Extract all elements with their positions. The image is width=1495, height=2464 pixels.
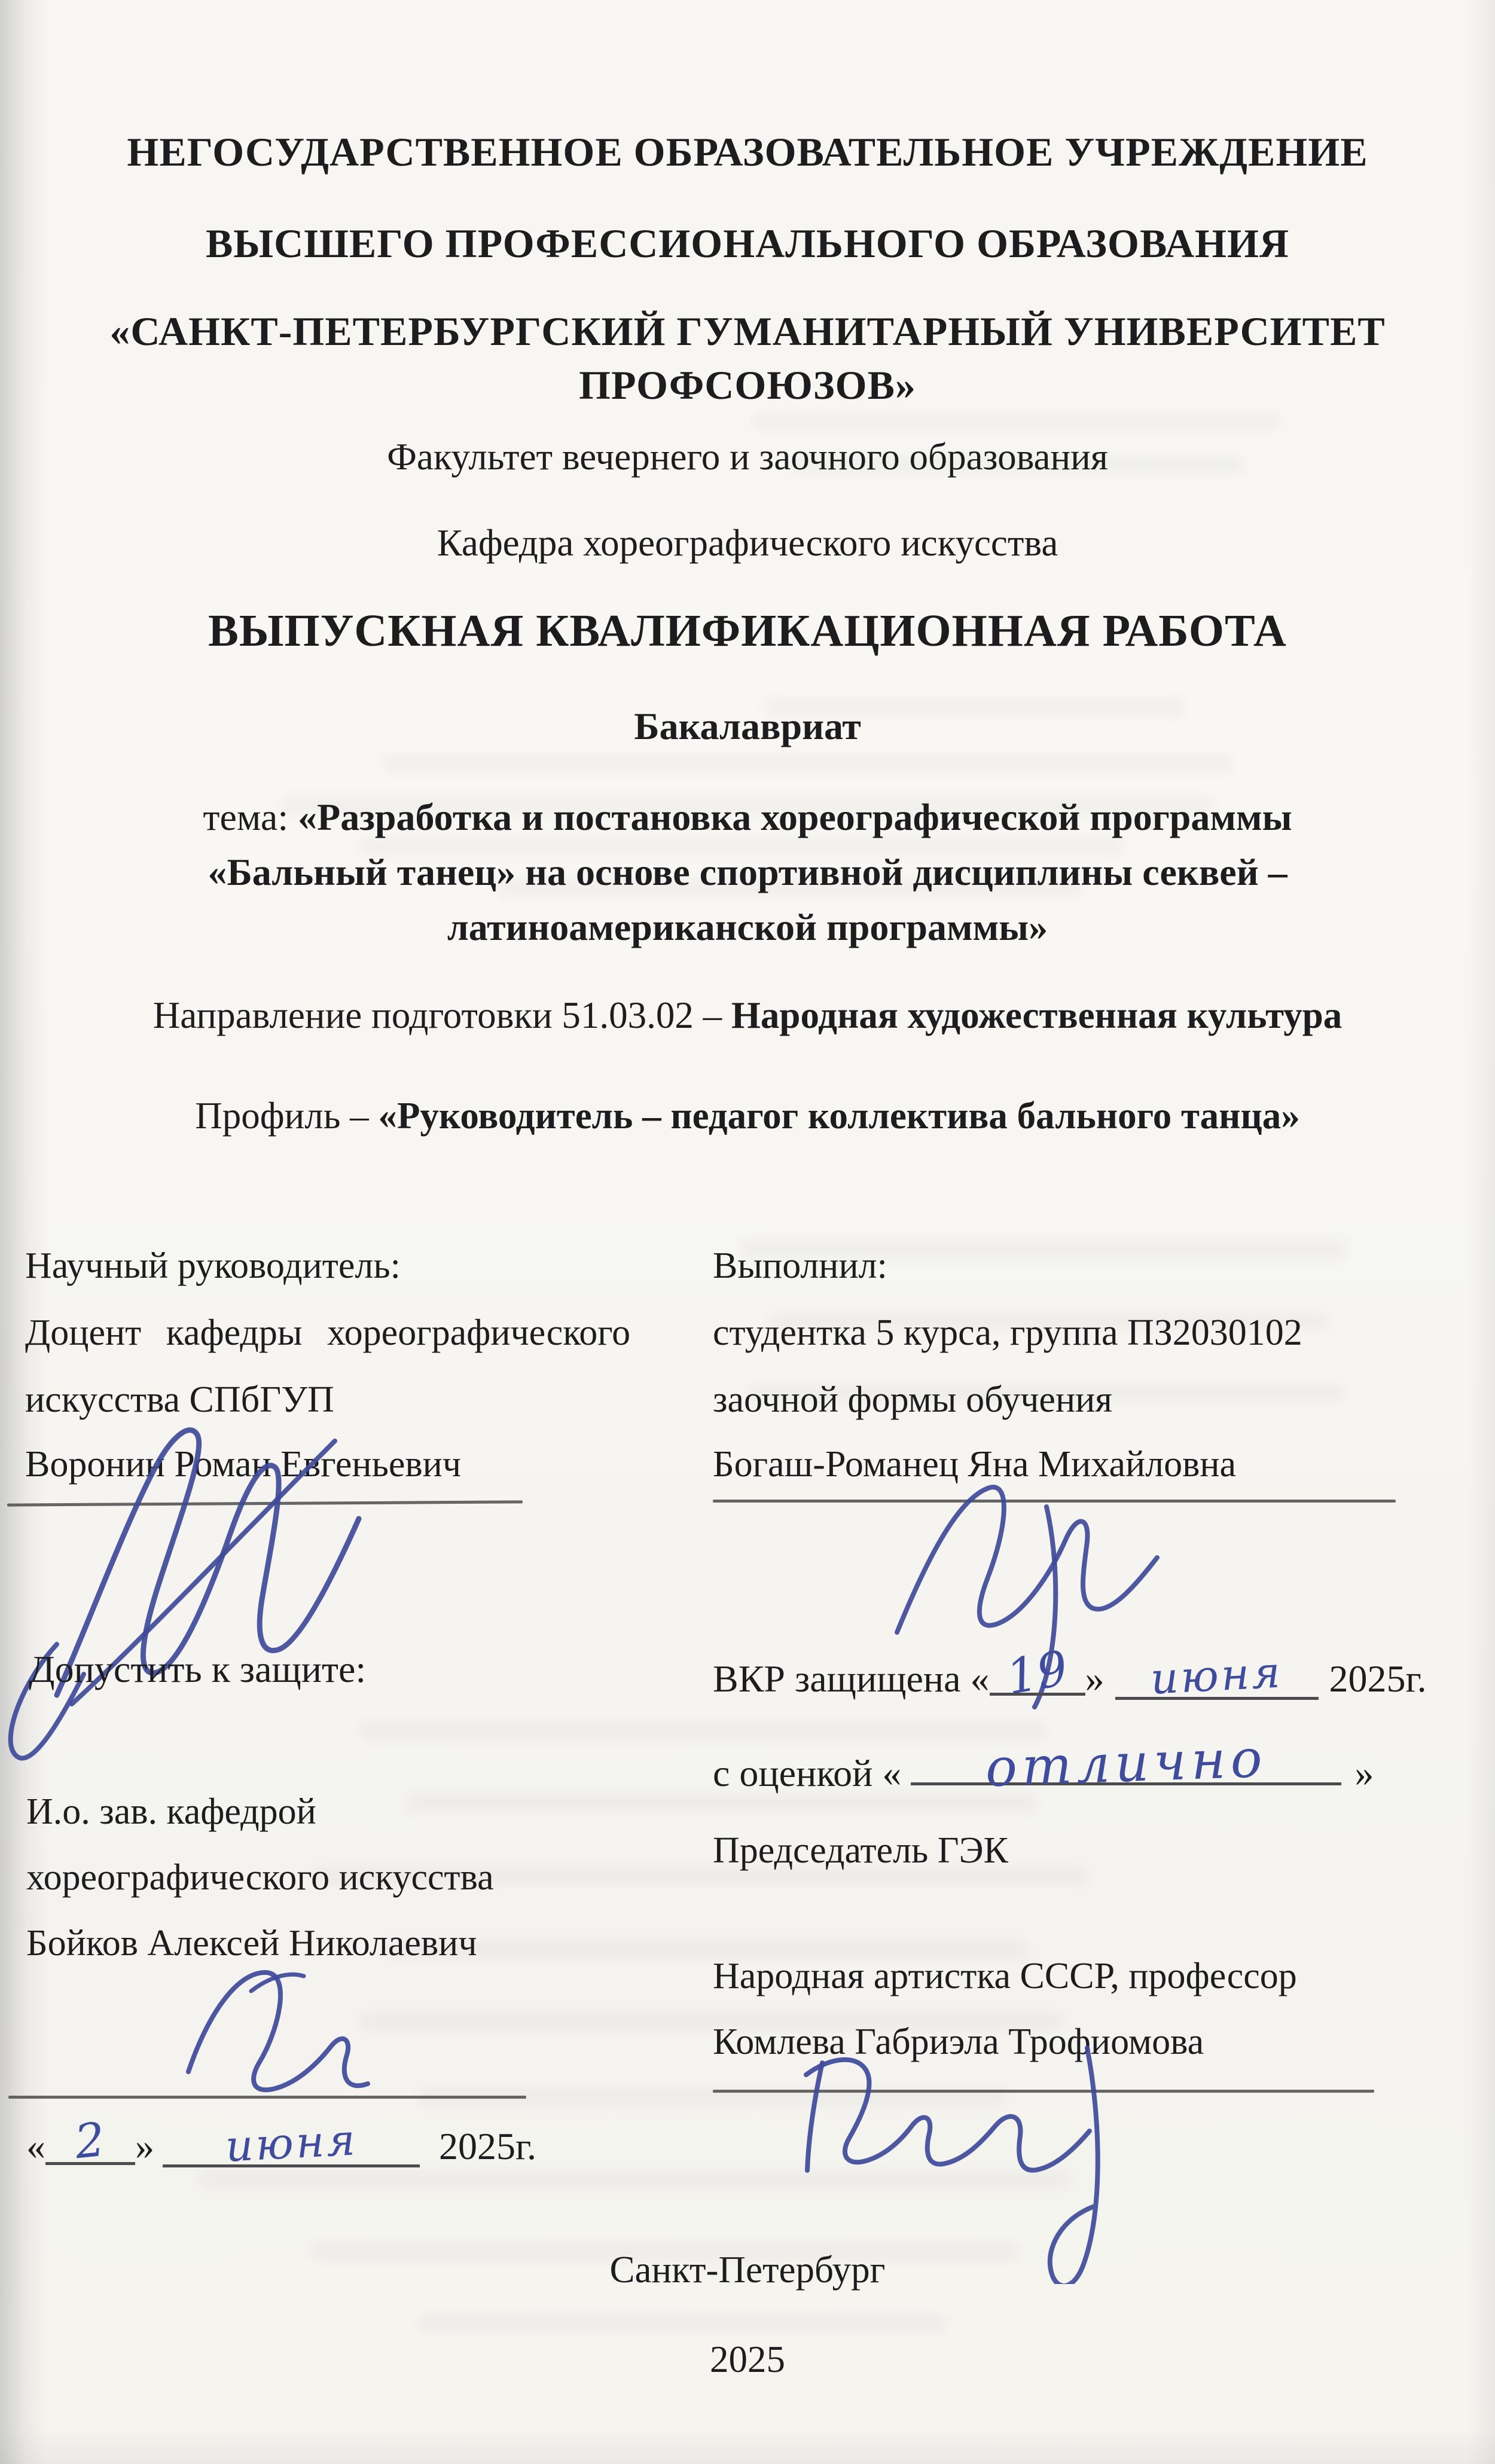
chairman-heading: Председатель ГЭК bbox=[713, 1830, 1008, 1872]
defense-close-quote: » bbox=[1085, 1657, 1105, 1700]
chairman-name: Комлева Габриэла Трофиомова bbox=[713, 2021, 1204, 2063]
university-name-line-2: ПРОФСОЮЗОВ» bbox=[0, 362, 1495, 409]
defense-year: 2025г. bbox=[1329, 1657, 1427, 1700]
bleedthrough-artifact bbox=[753, 413, 1280, 430]
direction-value: Народная художественная культура bbox=[731, 994, 1342, 1036]
topic-line-1: тема: «Разработка и постановка хореограф… bbox=[0, 795, 1495, 839]
chairman-signature-line bbox=[713, 2090, 1374, 2093]
defense-day-handwritten: 19 bbox=[1002, 1640, 1072, 1705]
bleedthrough-artifact bbox=[407, 1794, 1035, 1812]
author-signature-line bbox=[713, 1500, 1396, 1503]
admission-date-month-blank: июня bbox=[163, 2119, 420, 2167]
defense-date-row: ВКР защищена «19»июня2025г. bbox=[713, 1647, 1427, 1701]
admission-date-month-handwritten: июня bbox=[224, 2114, 358, 2171]
org-type-line-1: НЕГОСУДАРСТВЕННОЕ ОБРАЗОВАТЕЛЬНОЕ УЧРЕЖД… bbox=[0, 129, 1495, 176]
supervisor-name: Воронин Роман Евгеньевич bbox=[25, 1443, 461, 1486]
admission-position-line-2: хореографического искусства bbox=[26, 1857, 494, 1899]
author-name: Богаш-Романец Яна Михайловна bbox=[713, 1443, 1236, 1486]
org-type-line-2: ВЫСШЕГО ПРОФЕССИОНАЛЬНОГО ОБРАЗОВАНИЯ bbox=[0, 220, 1495, 267]
scan-edge-shadow-bottom bbox=[0, 2428, 1495, 2464]
supervisor-title-line-1: Доцент кафедры хореографического bbox=[25, 1312, 630, 1354]
grade-handwritten: отлично bbox=[984, 1727, 1268, 1799]
admission-position-line-1: И.о. зав. кафедрой bbox=[26, 1791, 316, 1833]
chairman-title: Народная артистка СССР, профессор bbox=[713, 1955, 1297, 1998]
grade-close-quote: » bbox=[1354, 1752, 1374, 1794]
supervisor-signature-line bbox=[7, 1500, 523, 1506]
admission-signer-name: Бойков Алексей Николаевич bbox=[26, 1922, 477, 1965]
admission-signature-line bbox=[8, 2096, 526, 2099]
admission-date-open-quote: « bbox=[26, 2125, 45, 2167]
defense-month-handwritten: июня bbox=[1149, 1647, 1284, 1703]
admission-heading: Допустить к защите: bbox=[29, 1647, 366, 1691]
supervisor-title-line-2: искусства СПбГУП bbox=[25, 1379, 334, 1421]
bleedthrough-artifact bbox=[197, 2170, 1070, 2188]
profile-label: Профиль – bbox=[195, 1095, 378, 1137]
profile-line: Профиль – «Руководитель – педагог коллек… bbox=[0, 1094, 1495, 1138]
grade-blank: отлично bbox=[911, 1737, 1341, 1785]
profile-value: «Руководитель – педагог коллектива бальн… bbox=[378, 1095, 1299, 1137]
admission-date-row: «2»июня2025г. bbox=[26, 2117, 536, 2169]
bleedthrough-artifact bbox=[419, 2314, 945, 2332]
faculty-line: Факультет вечернего и заочного образован… bbox=[0, 435, 1495, 479]
admission-date-close-quote: » bbox=[135, 2125, 154, 2167]
author-heading: Выполнил: bbox=[713, 1245, 887, 1287]
defense-prefix: ВКР защищена « bbox=[713, 1657, 990, 1700]
defense-month-blank: июня bbox=[1115, 1651, 1319, 1700]
defense-grade-row: с оценкой «отлично» bbox=[713, 1737, 1374, 1796]
topic-line-2: «Бальный танец» на основе спортивной дис… bbox=[0, 850, 1495, 894]
topic-label: тема: bbox=[203, 796, 298, 838]
bleedthrough-artifact bbox=[383, 755, 1232, 773]
topic-line-3: латиноамериканской программы» bbox=[0, 905, 1495, 949]
work-type-title: ВЫПУСКНАЯ КВАЛИФИКАЦИОННАЯ РАБОТА bbox=[0, 605, 1495, 657]
defense-day-blank: 19 bbox=[990, 1647, 1085, 1696]
footer-city: Санкт-Петербург bbox=[0, 2248, 1495, 2292]
scanned-thesis-title-page: НЕГОСУДАРСТВЕННОЕ ОБРАЗОВАТЕЛЬНОЕ УЧРЕЖД… bbox=[0, 0, 1495, 2464]
department-line: Кафедра хореографического искусства bbox=[0, 521, 1495, 565]
supervisor-heading: Научный руководитель: bbox=[25, 1245, 401, 1287]
author-line-2: заочной формы обучения bbox=[713, 1379, 1112, 1421]
degree-level: Бакалавриат bbox=[0, 704, 1495, 749]
admission-date-year: 2025г. bbox=[439, 2125, 536, 2167]
grade-prefix: с оценкой « bbox=[713, 1752, 901, 1794]
university-name-line-1: «САНКТ-ПЕТЕРБУРГСКИЙ ГУМАНИТАРНЫЙ УНИВЕР… bbox=[0, 308, 1495, 355]
topic-text-1: «Разработка и постановка хореографическо… bbox=[298, 796, 1292, 838]
direction-line: Направление подготовки 51.03.02 – Народн… bbox=[0, 994, 1495, 1037]
admission-date-day-handwritten: 2 bbox=[72, 2113, 108, 2170]
author-line-1: студентка 5 курса, группа ПЗ2030102 bbox=[713, 1312, 1302, 1354]
admission-date-day-blank: 2 bbox=[45, 2117, 135, 2165]
direction-label: Направление подготовки 51.03.02 – bbox=[153, 994, 731, 1036]
footer-year: 2025 bbox=[0, 2338, 1495, 2381]
